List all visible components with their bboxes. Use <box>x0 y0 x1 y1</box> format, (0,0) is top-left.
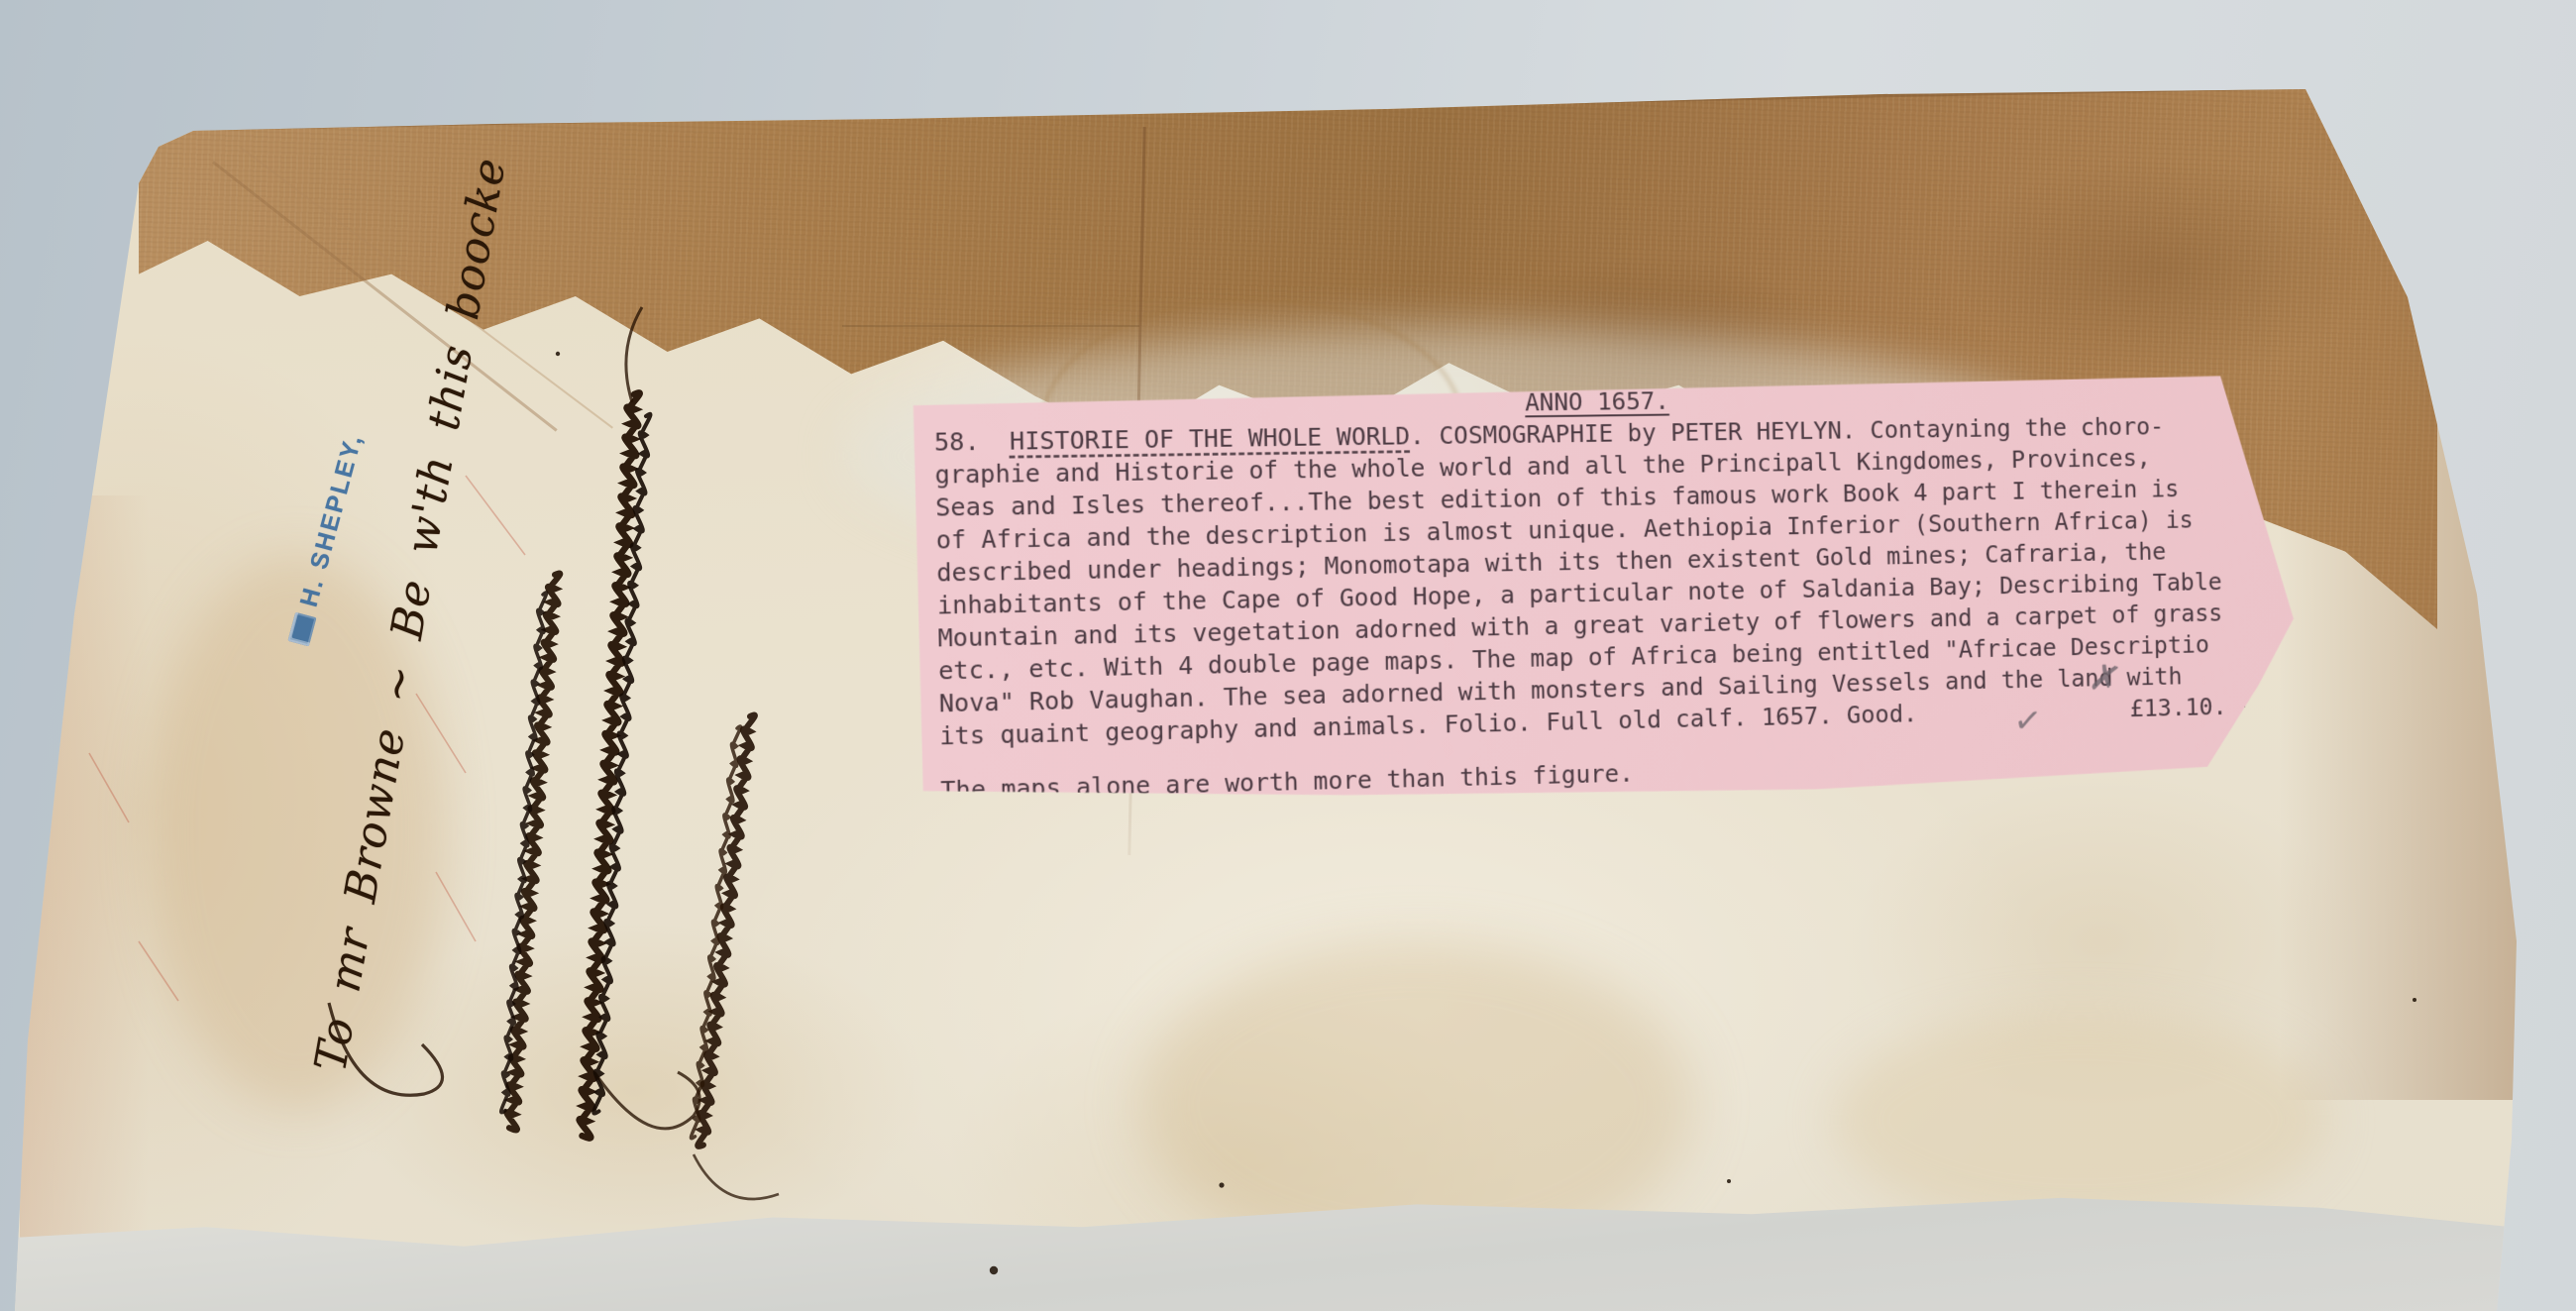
water-stain <box>1833 1011 2328 1229</box>
price: £13.10. - <box>2129 691 2254 724</box>
anno-text: ANNO 1657. <box>1525 386 1669 417</box>
book-title: HISTORIE OF THE WHOLE WORLD <box>1010 422 1411 457</box>
pencil-check-mark: ✓ <box>2012 704 2043 738</box>
photo-of-vellum-book-wrapper: H. SHEPLEY, To mr Browne ~ Be w'th this … <box>0 0 2576 1311</box>
stamp-logo-icon <box>287 612 316 647</box>
item-number: 58. <box>934 427 980 458</box>
left-edge-staining <box>20 495 149 1288</box>
horizontal-crease <box>842 325 1139 327</box>
bookseller-catalogue-label: ANNO 1657. 58. HISTORIE OF THE WHOLE WOR… <box>906 372 2301 813</box>
right-edge-staining <box>2279 109 2517 1100</box>
